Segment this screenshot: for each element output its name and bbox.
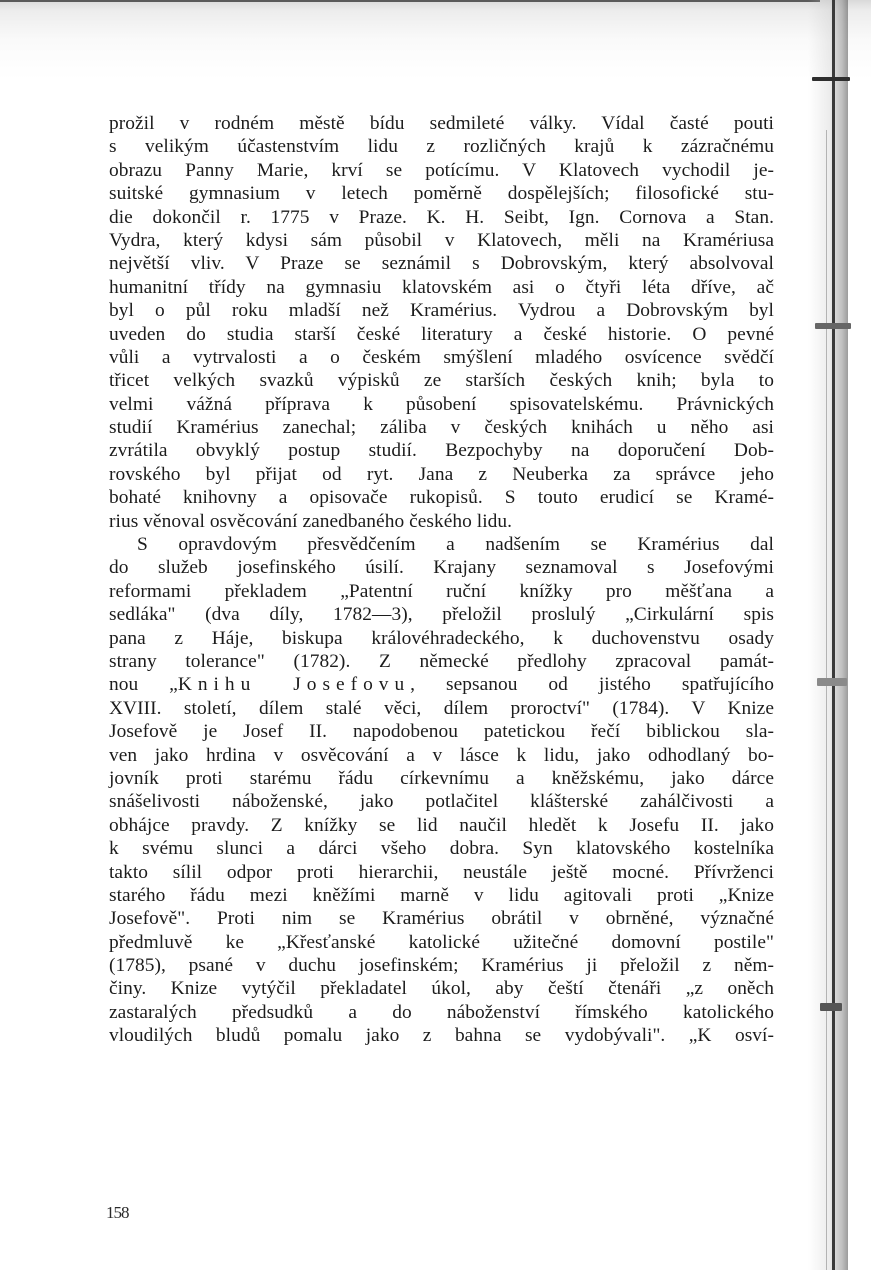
text-line: jovník proti starému řádu církevnímu a k… [109, 767, 774, 790]
text-line: Josefově". Proti nim se Kramérius obráti… [109, 907, 774, 930]
text-line: studií Kramérius zanechal; záliba v česk… [109, 416, 774, 439]
text-line: zvrátila obvyklý postup studií. Bezpochy… [109, 439, 774, 462]
text-line: velmi vážná příprava k působení spisovat… [109, 393, 774, 416]
text-line: vůli a vytrvalosti a o českém smýšlení m… [109, 346, 774, 369]
text-line: prožil v rodném městě bídu sedmileté vál… [109, 112, 774, 135]
text-line: pana z Háje, biskupa královéhradeckého, … [109, 627, 774, 650]
text-line: vloudilých bludů pomalu jako z bahna se … [109, 1024, 774, 1047]
text-line: takto sílil odpor proti hierarchii, neus… [109, 861, 774, 884]
text-line: obhájce pravdy. Z knížky se lid naučil h… [109, 814, 774, 837]
binding-stitch [817, 678, 847, 686]
text-line: třicet velkých svazků výpisků ze staršíc… [109, 369, 774, 392]
text-line: obrazu Panny Marie, krví se potícímu. V … [109, 159, 774, 182]
text-fragment: , sepsanou od jistého spatřujícího [410, 674, 774, 695]
book-spine-line [832, 0, 835, 1270]
text-line: zastaralých předsudků a do náboženství ř… [109, 1001, 774, 1024]
spaced-title: Knihu Josefovu [178, 674, 410, 695]
text-line: reformami překladem „Patentní ruční kníž… [109, 580, 774, 603]
paragraph-start-line: S opravdovým přesvědčením a nadšením se … [109, 533, 774, 556]
text-line: snášelivosti náboženské, jako potlačitel… [109, 790, 774, 813]
text-line: nou „Knihu Josefovu, sepsanou od jistého… [109, 673, 774, 696]
text-line: Josefově je Josef II. napodobenou pateti… [109, 720, 774, 743]
text-line: předmluvě ke „Křesťanské katolické užite… [109, 931, 774, 954]
text-line: XVIII. století, dílem stalé věci, dílem … [109, 697, 774, 720]
text-line: humanitní třídy na gymnasiu klatovském a… [109, 276, 774, 299]
text-line: bohaté knihovny a opisovače rukopisů. S … [109, 486, 774, 509]
text-line: starého řádu mezi kněžími marně v lidu a… [109, 884, 774, 907]
text-line: s velikým účastenstvím lidu z rozličných… [109, 135, 774, 158]
book-page: prožil v rodném městě bídu sedmileté vál… [0, 0, 871, 1270]
text-line: (1785), psané v duchu josefinském; Kramé… [109, 954, 774, 977]
body-text: prožil v rodném městě bídu sedmileté vál… [109, 112, 774, 1048]
text-line: ven jako hrdina v osvěcování a v lásce k… [109, 744, 774, 767]
page-number: 158 [106, 1203, 129, 1223]
binding-stitch [820, 1003, 842, 1011]
text-line: k svému slunci a dárci všeho dobra. Syn … [109, 837, 774, 860]
text-line: sedláka" (dva díly, 1782—3), přeložil pr… [109, 603, 774, 626]
binding-gutter-shadow [808, 0, 848, 1270]
text-line: největší vliv. V Praze se seznámil s Dob… [109, 252, 774, 275]
text-line: suitské gymnasium v letech poměrně dospě… [109, 182, 774, 205]
text-fragment: nou „ [109, 674, 178, 695]
binding-stitch [815, 323, 851, 329]
text-line: die dokončil r. 1775 v Praze. K. H. Seib… [109, 206, 774, 229]
text-line: činy. Knize vytýčil překladatel úkol, ab… [109, 977, 774, 1000]
page-top-edge [0, 0, 820, 2]
paragraph-end-line: rius věnoval osvěcování zanedbaného česk… [109, 510, 774, 533]
text-line: uveden do studia starší české literatury… [109, 323, 774, 346]
text-line: rovského byl přijat od ryt. Jana z Neube… [109, 463, 774, 486]
binding-edge-line [826, 130, 827, 1270]
text-line: byl o půl roku mladší než Kramérius. Vyd… [109, 299, 774, 322]
text-line: Vydra, který kdysi sám působil v Klatove… [109, 229, 774, 252]
text-line: do služeb josefinského úsilí. Krajany se… [109, 556, 774, 579]
binding-stitch [812, 77, 850, 81]
text-line: strany tolerance" (1782). Z německé před… [109, 650, 774, 673]
